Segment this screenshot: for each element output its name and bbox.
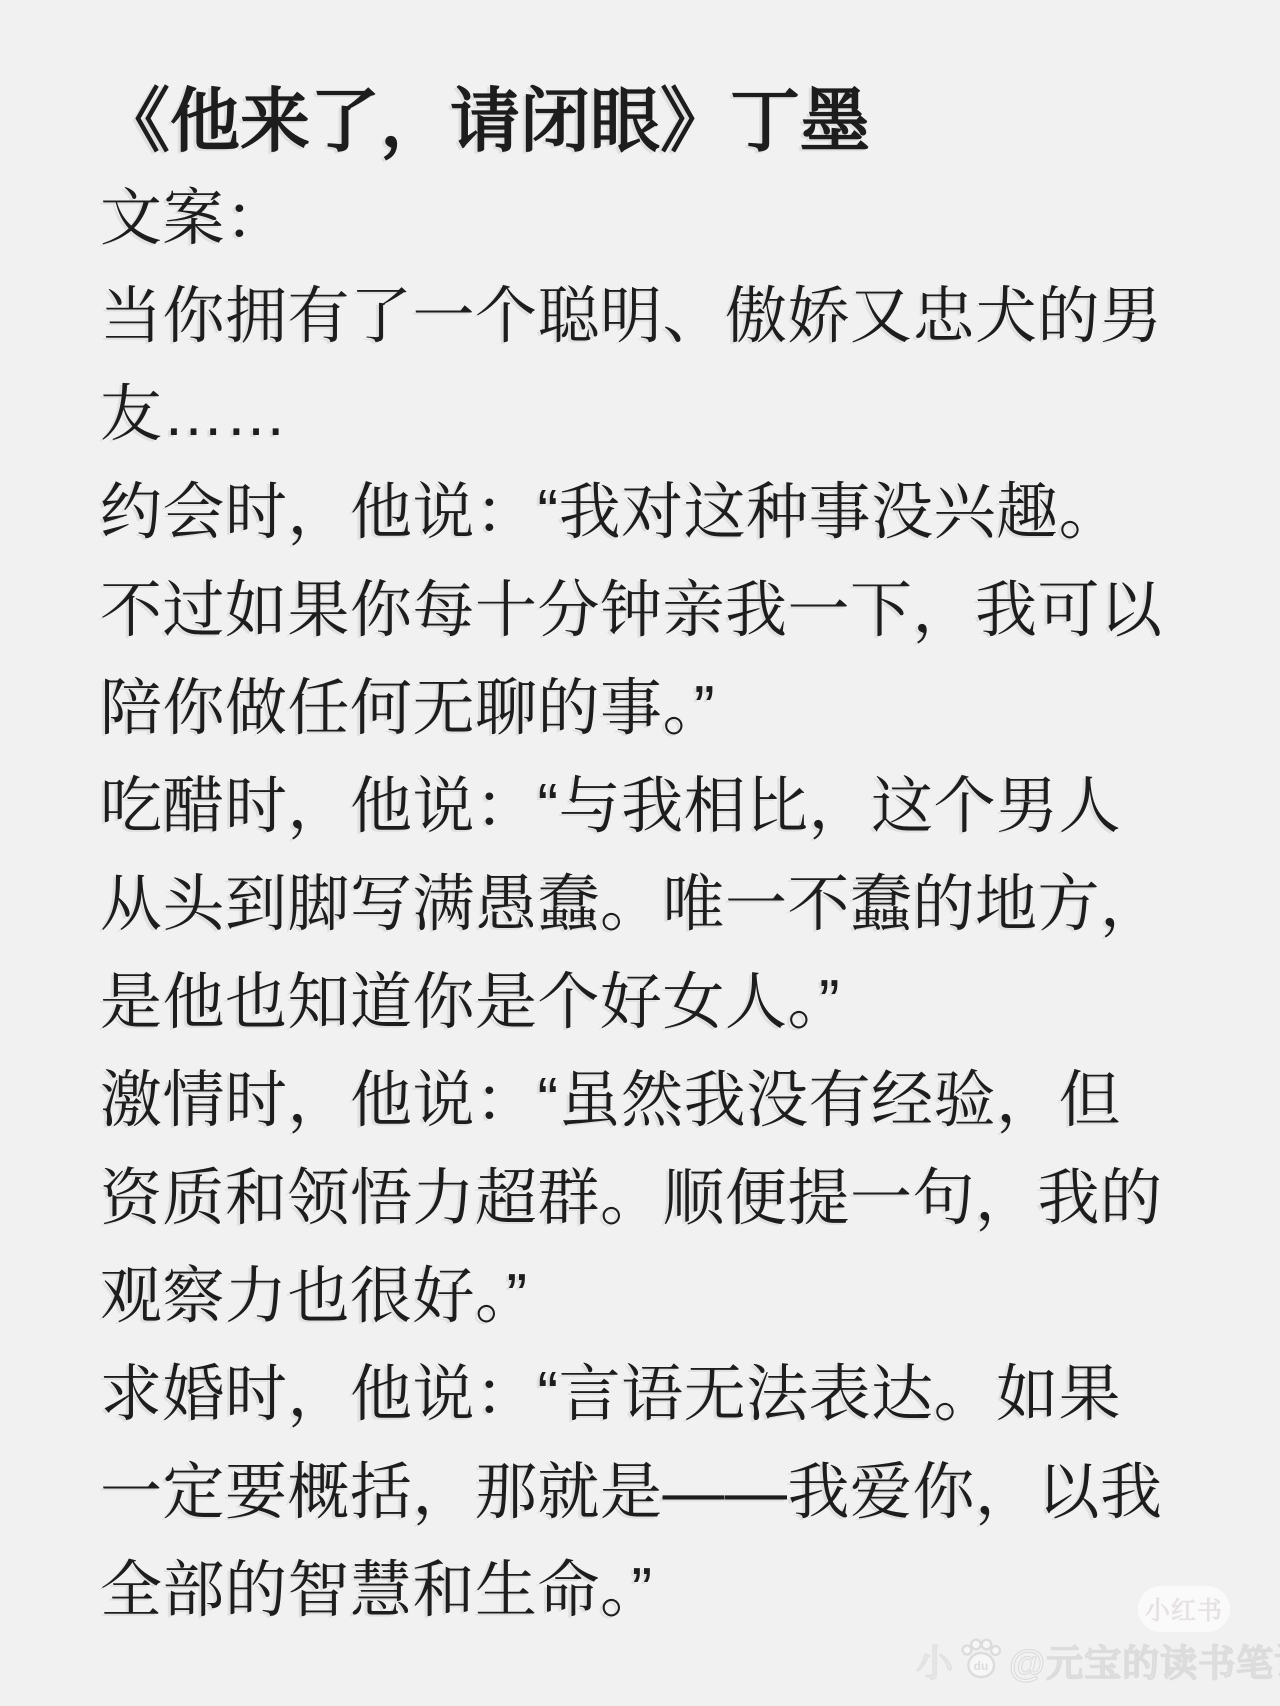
text-line: 激情时，他说：“虽然我没有经验，但 xyxy=(100,1052,1180,1150)
paw-icon: du xyxy=(958,1637,1004,1683)
text-line: 求婚时，他说：“言语无法表达。如果 xyxy=(100,1346,1180,1444)
text-line: 不过如果你每十分钟亲我一下，我可以 xyxy=(100,562,1180,660)
watermark: 小 du @元宝的读书笔记 xyxy=(916,1634,1280,1686)
text-line: 文案： xyxy=(100,170,1180,268)
text-content: 《他来了，请闭眼》丁墨 文案：当你拥有了一个聪明、傲娇又忠犬的男友……约会时，他… xyxy=(100,72,1180,1640)
watermark-handle: @元宝的读书笔记 xyxy=(1009,1633,1280,1687)
text-line: 是他也知道你是个好女人。” xyxy=(100,954,1180,1052)
text-line: 友…… xyxy=(100,366,1180,464)
note-page: 《他来了，请闭眼》丁墨 文案：当你拥有了一个聪明、傲娇又忠犬的男友……约会时，他… xyxy=(0,0,1280,1706)
text-line: 约会时，他说：“我对这种事没兴趣。 xyxy=(100,464,1180,562)
book-title: 《他来了，请闭眼》丁墨 xyxy=(100,72,1180,170)
text-line: 全部的智慧和生命。” xyxy=(100,1542,1180,1640)
text-line: 从头到脚写满愚蠢。唯一不蠢的地方， xyxy=(100,856,1180,954)
text-line: 观察力也很好。” xyxy=(100,1248,1180,1346)
text-line: 资质和领悟力超群。顺便提一句，我的 xyxy=(100,1150,1180,1248)
text-line: 一定要概括，那就是——我爱你，以我 xyxy=(100,1444,1180,1542)
text-lines: 文案：当你拥有了一个聪明、傲娇又忠犬的男友……约会时，他说：“我对这种事没兴趣。… xyxy=(100,170,1180,1640)
xiaohongshu-badge: 小红书 xyxy=(1138,1586,1230,1632)
text-line: 吃醋时，他说：“与我相比，这个男人 xyxy=(100,758,1180,856)
text-line: 当你拥有了一个聪明、傲娇又忠犬的男 xyxy=(100,268,1180,366)
watermark-prefix: 小 xyxy=(916,1633,953,1687)
text-line: 陪你做任何无聊的事。” xyxy=(100,660,1180,758)
paw-du-label: du xyxy=(974,1659,989,1673)
